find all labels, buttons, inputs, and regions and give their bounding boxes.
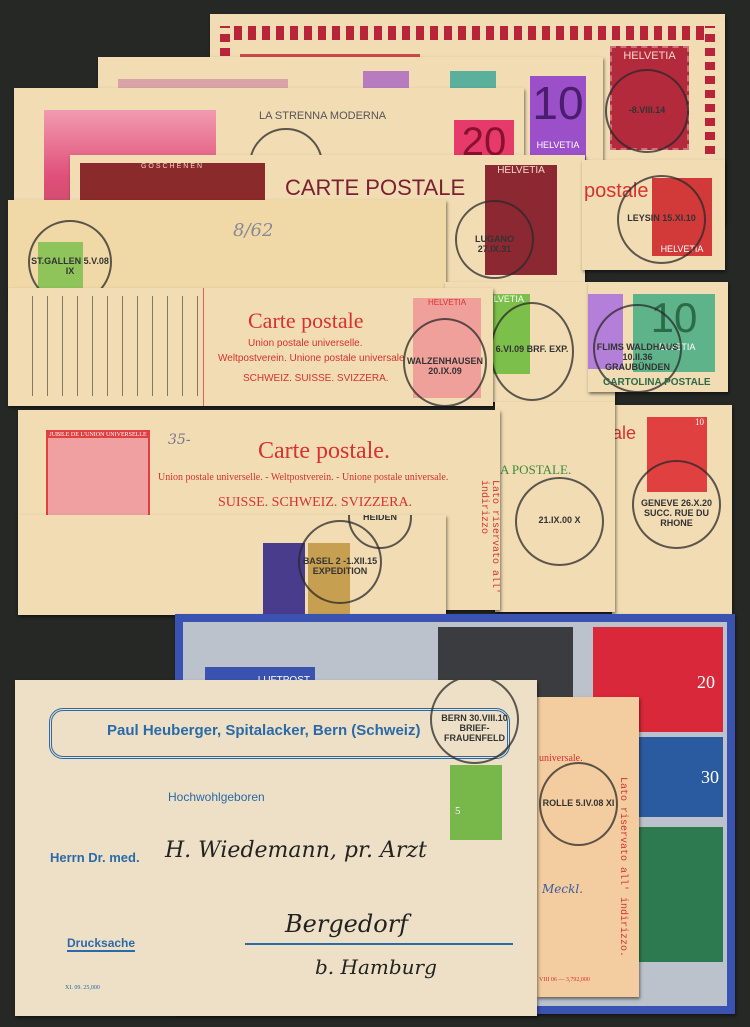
card-cartolina: 10 HELVETIA FLIMS WALDHAUS 10.II.36 GRAU… <box>588 282 728 392</box>
card-heuberger: Paul Heuberger, Spitalacker, Bern (Schwe… <box>15 680 537 1016</box>
card-carte-postale-red: Carte postale Union postale universelle.… <box>8 288 493 406</box>
card-green-postale: A POSTALE. 21.IX.00 X <box>495 402 615 612</box>
postmark: -8.VIII.14 <box>605 69 689 153</box>
card-tell-10: ale 10 GENEVE 26.X.20 SUCC. RUE DU RHONE <box>612 405 732 615</box>
card-rolle: universale. ROLLE 5.IV.08 XI Lato riserv… <box>537 697 639 997</box>
card-title: CARTE POSTALE <box>285 175 465 201</box>
card-basel: BASEL 2 -1.XII.15 EXPEDITION HEIDEN <box>18 515 446 615</box>
slogan: LA STRENNA MODERNA <box>259 110 386 122</box>
card-leysin: postale HELVETIA LEYSIN 15.XI.10 <box>582 160 725 270</box>
